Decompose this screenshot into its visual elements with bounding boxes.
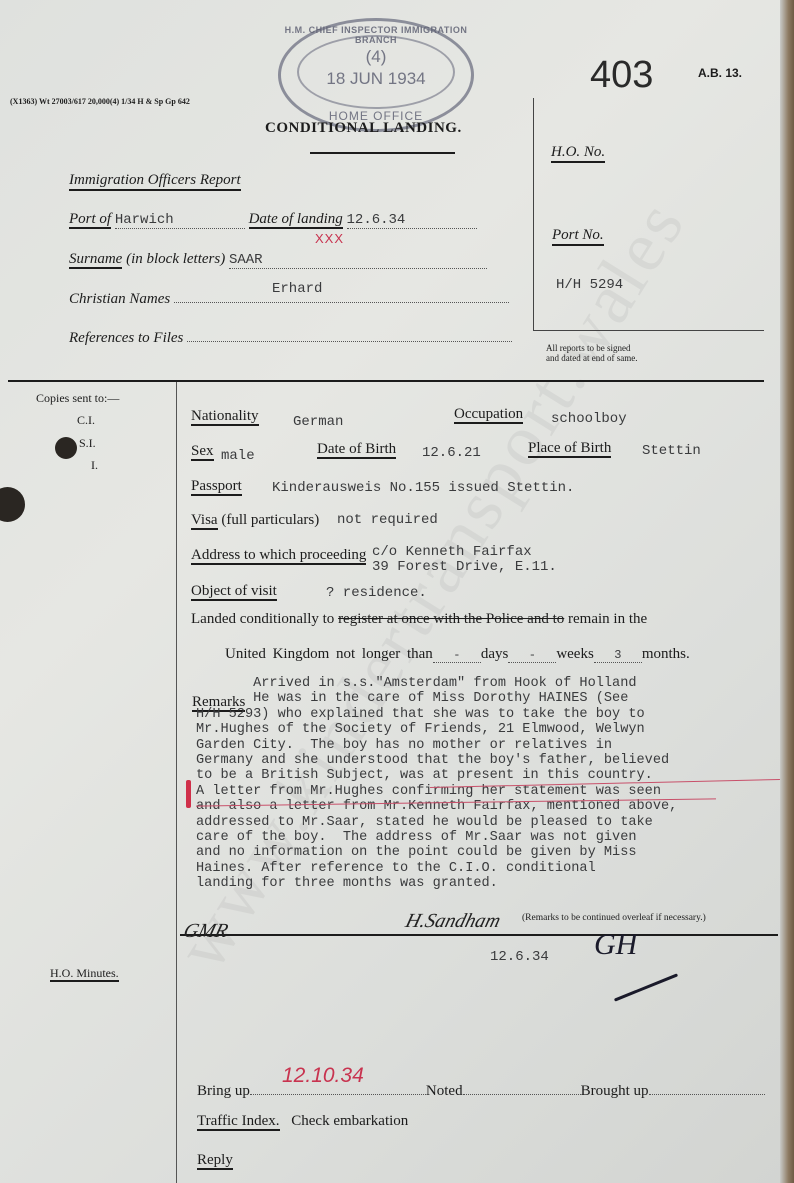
- column-divider: [176, 382, 177, 1183]
- bring-up-label: Bring up: [197, 1083, 250, 1099]
- landing-condition-line-1: Landed conditionally to register at once…: [191, 611, 647, 628]
- weeks-label: weeks: [556, 646, 594, 662]
- ho-minutes-heading: H.O. Minutes.: [50, 966, 119, 982]
- nationality-value[interactable]: German: [293, 414, 343, 430]
- punch-hole: [0, 487, 25, 522]
- weeks-value[interactable]: -: [508, 648, 556, 663]
- sex-value[interactable]: male: [221, 448, 255, 464]
- report-heading: Immigration Officers Report: [69, 172, 241, 191]
- references-label: References to Files: [69, 330, 183, 346]
- passport-label: Passport: [191, 478, 242, 496]
- references-value[interactable]: [187, 341, 512, 342]
- red-margin-mark: [186, 780, 191, 808]
- office-use-box: [533, 98, 764, 331]
- object-label: Object of visit: [191, 583, 277, 601]
- file-number: 403: [590, 54, 653, 97]
- visa-value[interactable]: not required: [337, 512, 438, 528]
- brought-up-label: Brought up: [581, 1083, 649, 1099]
- copies-item-i: I.: [91, 458, 98, 473]
- object-value[interactable]: ? residence.: [326, 585, 427, 601]
- initials-signature: GH: [594, 928, 637, 962]
- landing-prefix: Landed conditionally to: [191, 611, 334, 627]
- officer-signature-2: H.Sandham: [403, 910, 503, 933]
- ho-no-label: H.O. No.: [551, 144, 605, 163]
- copies-heading: Copies sent to:—: [36, 391, 119, 406]
- port-no-label: Port No.: [552, 227, 604, 246]
- sex-label: Sex: [191, 443, 214, 461]
- form-code: A.B. 13.: [698, 66, 742, 80]
- bring-up-value[interactable]: 12.10.34: [282, 1064, 364, 1088]
- dob-value[interactable]: 12.6.21: [422, 445, 481, 461]
- signing-note: All reports to be signed and dated at en…: [546, 343, 637, 363]
- printer-code: (X1363) Wt 27003/617 20,000(4) 1/34 H & …: [10, 97, 190, 106]
- port-no-value: H/H 5294: [556, 277, 623, 293]
- copies-item-ci: C.I.: [77, 413, 95, 428]
- address-line-1: c/o Kenneth Fairfax: [372, 545, 557, 560]
- occupation-value[interactable]: schoolboy: [551, 411, 627, 427]
- address-line-2: 39 Forest Drive, E.11.: [372, 560, 557, 575]
- brought-up-value[interactable]: [649, 1080, 765, 1095]
- landing-condition-line-2: United Kingdom not longer than-days-week…: [225, 646, 690, 663]
- form-title: CONDITIONAL LANDING.: [265, 120, 462, 137]
- surname-row: Surname (in block letters) SAAR: [69, 251, 531, 269]
- pen-stroke: [614, 973, 678, 1001]
- surname-hint: (in block letters): [126, 251, 225, 267]
- surname-label: Surname: [69, 251, 122, 269]
- landing-suffix: remain in the: [568, 611, 647, 627]
- landing-line2-prefix: United Kingdom not longer than: [225, 646, 433, 662]
- noted-label: Noted: [426, 1083, 463, 1099]
- occupation-label: Occupation: [454, 406, 523, 424]
- visa-hint: (full particulars): [221, 512, 319, 528]
- traffic-index-label: Traffic Index.: [197, 1113, 280, 1131]
- pob-value[interactable]: Stettin: [642, 443, 701, 459]
- passport-value[interactable]: Kinderausweis No.155 issued Stettin.: [272, 480, 574, 496]
- christian-names-label: Christian Names: [69, 291, 170, 307]
- port-row: Port of Harwich Date of landing 12.6.34: [69, 211, 531, 229]
- traffic-index-value[interactable]: Check embarkation: [291, 1113, 408, 1129]
- dob-label: Date of Birth: [317, 441, 396, 459]
- signing-note-line-2: and dated at end of same.: [546, 353, 637, 363]
- signed-date: 12.6.34: [490, 949, 549, 965]
- port-label: Port of: [69, 211, 111, 229]
- surname-mark: XXX: [315, 231, 344, 246]
- noted-value[interactable]: [463, 1080, 581, 1095]
- address-label: Address to which proceeding: [191, 547, 366, 565]
- christian-names-line: [174, 302, 509, 303]
- references-row: References to Files: [69, 330, 531, 347]
- address-value[interactable]: c/o Kenneth Fairfax 39 Forest Drive, E.1…: [372, 545, 557, 575]
- desk-edge: [780, 0, 794, 1183]
- date-landing-label: Date of landing: [249, 211, 343, 229]
- continued-note: (Remarks to be continued overleaf if nec…: [522, 913, 706, 923]
- remarks-end-rule: [180, 934, 778, 936]
- remarks-text[interactable]: Arrived in s.s."Amsterdam" from Hook of …: [196, 676, 786, 892]
- section-divider: [8, 380, 764, 382]
- pob-label: Place of Birth: [528, 440, 611, 458]
- port-value[interactable]: Harwich: [115, 212, 245, 229]
- officer-signature-1: GMR: [181, 920, 230, 943]
- stamp-number: (4): [281, 47, 471, 67]
- signing-note-line-1: All reports to be signed: [546, 343, 637, 353]
- surname-value[interactable]: SAAR: [229, 252, 487, 269]
- punch-hole: [55, 437, 77, 459]
- months-value[interactable]: 3: [594, 648, 642, 663]
- days-label: days: [481, 646, 509, 662]
- christian-names-row: Christian Names: [69, 291, 531, 308]
- months-label: months.: [642, 646, 690, 662]
- home-office-stamp: H.M. CHIEF INSPECTOR IMMIGRATION BRANCH …: [278, 18, 474, 132]
- title-underline: [310, 152, 455, 154]
- reply-label: Reply: [197, 1152, 233, 1170]
- stamp-top-text: H.M. CHIEF INSPECTOR IMMIGRATION BRANCH: [281, 25, 471, 45]
- nationality-label: Nationality: [191, 408, 259, 426]
- landing-struck-text: register at once with the Police and to: [338, 611, 564, 627]
- date-landing-value[interactable]: 12.6.34: [347, 212, 477, 229]
- stamp-date: 18 JUN 1934: [281, 69, 471, 89]
- copies-item-si: S.I.: [79, 436, 96, 451]
- visa-label: Visa: [191, 512, 218, 530]
- days-value[interactable]: -: [433, 648, 481, 663]
